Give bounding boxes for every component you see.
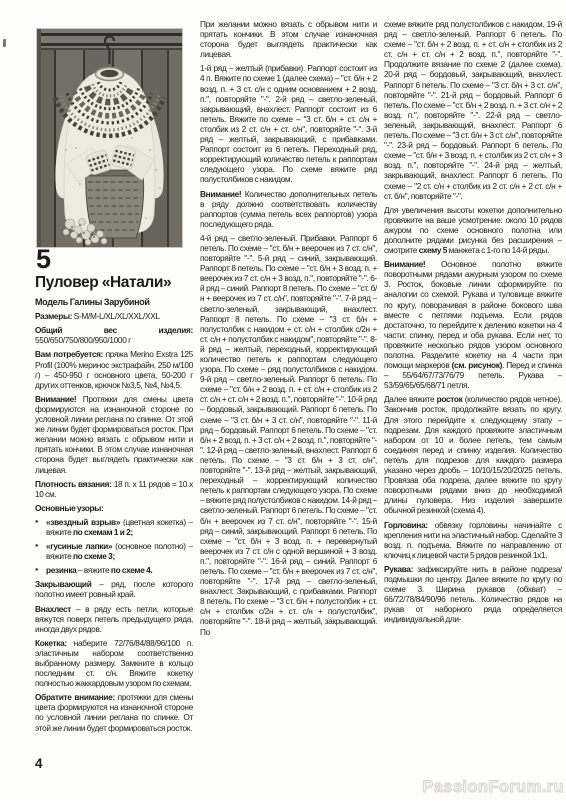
scan-artifact xyxy=(3,39,6,47)
yoke-paragraph: Кокетка: наберите 72/76/84/88/96/100 п. … xyxy=(35,638,193,688)
pattern-item: ●«гусиные лапки» (основное полотно) – вя… xyxy=(35,541,193,561)
model-name: Модель Галины Зарубиной xyxy=(35,297,193,307)
bullet-icon: ● xyxy=(35,565,42,575)
definition-overlap: Внахлест – в ряду есть петли, которые вя… xyxy=(35,604,193,634)
neckline-paragraph: Горловина: обвязку горловины начинайте с… xyxy=(384,520,562,560)
paragraph: схеме вяжите ряд полустолбиков с накидом… xyxy=(384,19,562,201)
paragraph: Для увеличения высоты кокетки дополнител… xyxy=(384,205,562,255)
bullet-icon: ● xyxy=(35,541,42,561)
weight-line: Общий вес изделия: 550/650/750/800/950/1… xyxy=(35,325,193,345)
paragraph: 4-й ряд – светло-зеленый. Прибавки. Рапп… xyxy=(200,233,377,637)
attention-note: Внимание! Количество дополнительных пете… xyxy=(200,189,377,229)
paragraph: Далее вяжите росток (количество рядов че… xyxy=(384,394,562,515)
attention-note: Внимание! Основное полотно вяжите поворо… xyxy=(384,259,562,390)
pattern-item: ●«звездный взрыв» (цветная кокетка) – вя… xyxy=(35,517,193,537)
materials-paragraph: Вам потребуется: пряжа Merino Exstra 125… xyxy=(35,349,193,389)
right-cuff xyxy=(111,145,136,170)
patterns-header: Основные узоры: xyxy=(35,503,193,513)
left-column: 5 Пуловер «Натали» Модель Галины Зарубин… xyxy=(35,246,193,760)
paragraph: При желании можно вязать с обрывом нити … xyxy=(200,19,377,59)
article-title: Пуловер «Натали» xyxy=(35,278,193,288)
note-paragraph: Обратите внимание: протяжки для смены цв… xyxy=(35,692,193,732)
gauge-line: Плотность вязания: 18 п. х 11 рядов = 10… xyxy=(35,479,193,499)
middle-column: При желании можно вязать с обрывом нити … xyxy=(200,19,377,777)
sweater-photo xyxy=(36,28,183,248)
right-column: схеме вяжите ряд полустолбиков с накидом… xyxy=(384,19,562,765)
magazine-page: 5 Пуловер «Натали» Модель Галины Зарубин… xyxy=(0,0,566,800)
sizes-line: Размеры: S-M/M-L/XL/XL/XXL/XXL xyxy=(35,311,193,321)
attention-note: Внимание! Протяжки для смены цвета форми… xyxy=(35,394,193,475)
pattern-item: ●резинка – вяжите по схеме 4. xyxy=(35,565,193,575)
bullet-icon: ● xyxy=(35,517,42,537)
sleeves-paragraph: Рукава: зафиксируйте нить в районе подре… xyxy=(384,564,562,625)
definition-closing: Закрывающий – ряд, после которого полотн… xyxy=(35,579,193,599)
article-number: 5 xyxy=(36,246,193,273)
watermark: PassionForum.ru xyxy=(422,778,564,797)
page-number: 4 xyxy=(35,756,43,771)
paragraph: 1-й ряд – желтый (прибавки). Раппорт сос… xyxy=(200,63,377,184)
